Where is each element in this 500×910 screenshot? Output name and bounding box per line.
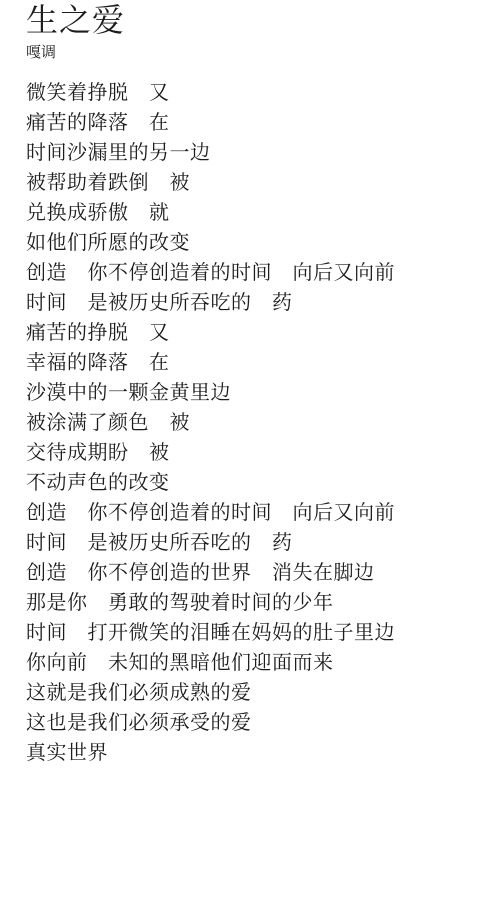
lyric-line: 痛苦的挣脱 又 — [26, 317, 490, 347]
lyric-line: 创造 你不停创造的世界 消失在脚边 — [26, 557, 490, 587]
lyric-line: 时间 打开微笑的泪睡在妈妈的肚子里边 — [26, 617, 490, 647]
lyric-line: 那是你 勇敢的驾驶着时间的少年 — [26, 587, 490, 617]
lyric-line: 交待成期盼 被 — [26, 437, 490, 467]
lyric-line: 被涂满了颜色 被 — [26, 407, 490, 437]
lyric-line: 幸福的降落 在 — [26, 347, 490, 377]
lyric-line: 沙漠中的一颗金黄里边 — [26, 377, 490, 407]
lyric-line: 创造 你不停创造着的时间 向后又向前 — [26, 257, 490, 287]
lyrics-page: 生之爱 嘎调 微笑着挣脱 又 痛苦的降落 在 时间沙漏里的另一边 被帮助着跌倒 … — [0, 0, 500, 910]
lyric-line: 被帮助着跌倒 被 — [26, 167, 490, 197]
lyric-line: 不动声色的改变 — [26, 467, 490, 497]
lyric-line: 如他们所愿的改变 — [26, 227, 490, 257]
lyric-line: 这也是我们必须承受的爱 — [26, 707, 490, 737]
lyric-line: 你向前 未知的黑暗他们迎面而来 — [26, 647, 490, 677]
artist-name: 嘎调 — [26, 42, 490, 62]
lyric-line: 真实世界 — [26, 737, 490, 767]
lyric-line: 时间 是被历史所吞吃的 药 — [26, 527, 490, 557]
lyric-line: 兑换成骄傲 就 — [26, 197, 490, 227]
lyric-line: 时间沙漏里的另一边 — [26, 137, 490, 167]
lyric-line: 微笑着挣脱 又 — [26, 77, 490, 107]
lyric-line: 痛苦的降落 在 — [26, 107, 490, 137]
lyric-line: 创造 你不停创造着的时间 向后又向前 — [26, 497, 490, 527]
lyric-line: 这就是我们必须成熟的爱 — [26, 677, 490, 707]
lyric-line: 时间 是被历史所吞吃的 药 — [26, 287, 490, 317]
lyrics-body: 微笑着挣脱 又 痛苦的降落 在 时间沙漏里的另一边 被帮助着跌倒 被 兑换成骄傲… — [26, 77, 490, 767]
song-title: 生之爱 — [26, 2, 490, 38]
